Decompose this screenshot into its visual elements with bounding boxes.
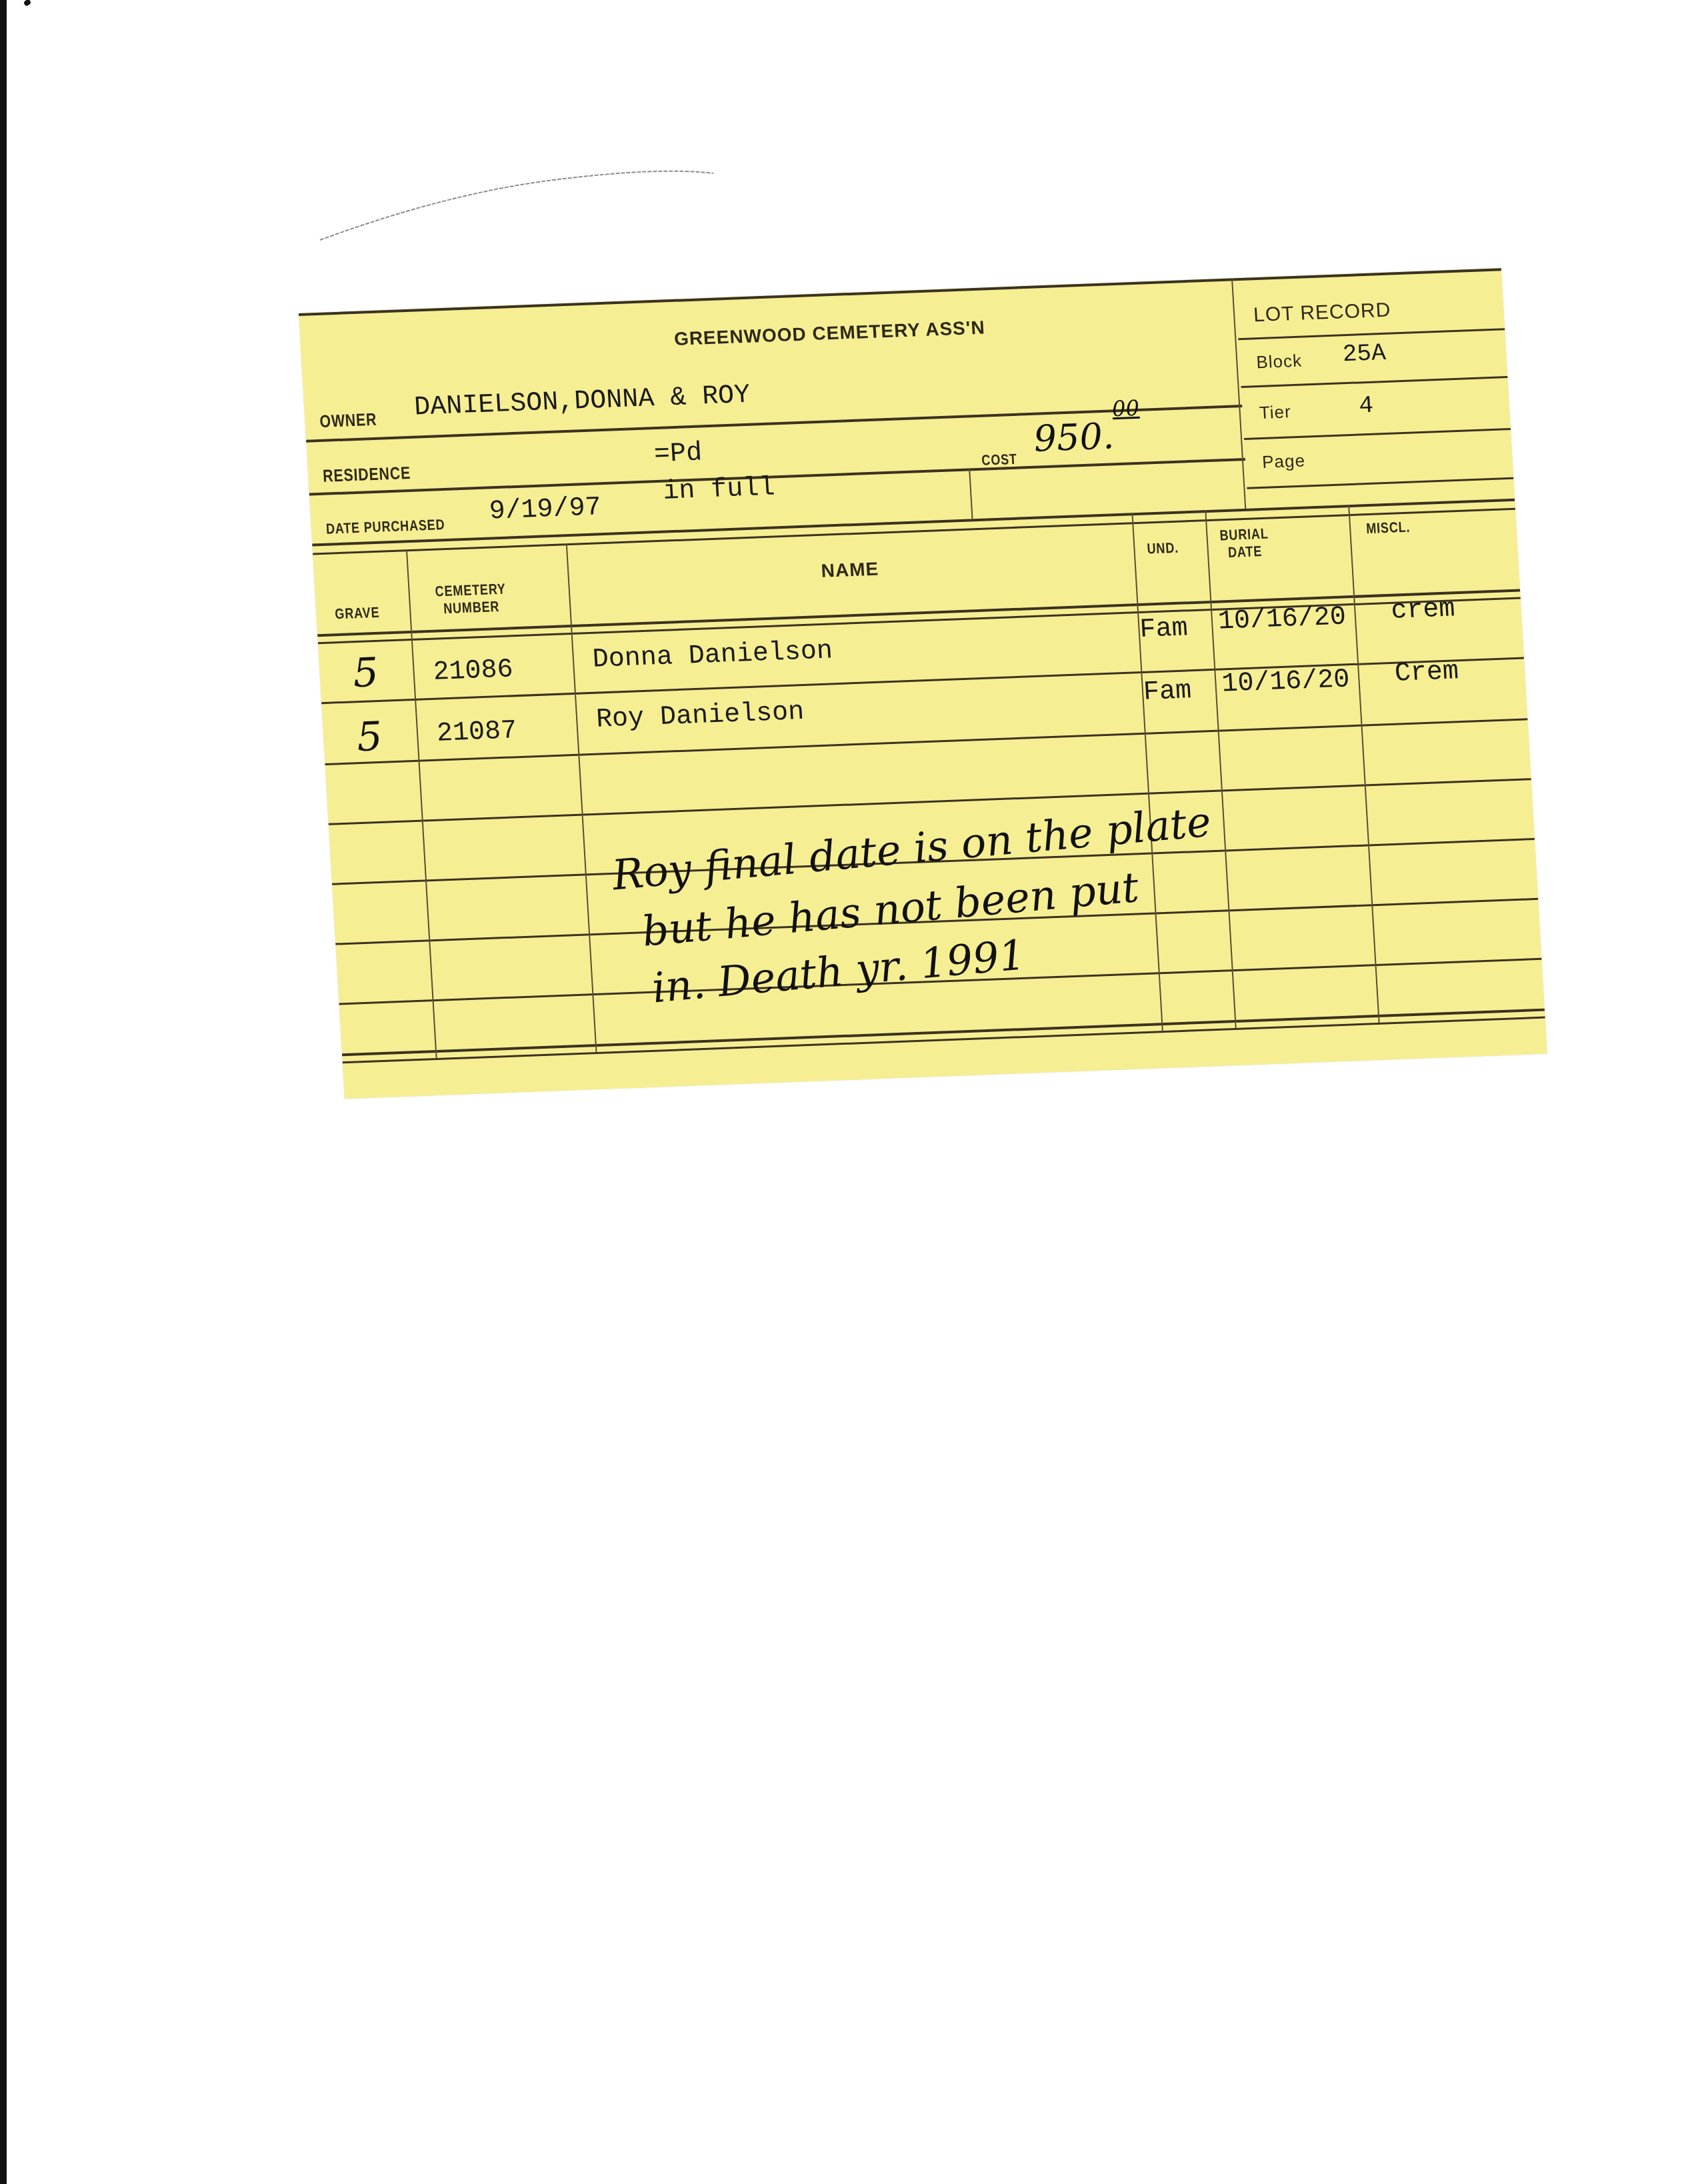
col-header-name: NAME (821, 559, 879, 582)
residence-label: RESIDENCE (322, 463, 411, 487)
col-header-grave: GRAVE (335, 604, 380, 623)
page-label: Page (1261, 451, 1306, 473)
cemetery-col-divider (566, 543, 597, 1052)
col-header-und: UND. (1147, 539, 1179, 558)
table-bottom-rule (342, 1009, 1545, 1057)
col-header-cemetery-number: CEMETERY NUMBER (435, 581, 507, 618)
row-grave: 5 (355, 713, 383, 761)
grave-col-divider (406, 549, 437, 1058)
row-miscl: Crem (1394, 657, 1460, 689)
block-label: Block (1256, 351, 1303, 373)
owner-label: OWNER (319, 409, 378, 432)
tier-rule (1244, 428, 1511, 440)
row-cemetery-number: 21087 (436, 716, 518, 749)
scanner-edge (0, 0, 7, 2184)
paid-note-line2: in full (662, 473, 776, 507)
col-header-burial-line1: BURIAL (1219, 525, 1269, 545)
residence-rule (309, 458, 1245, 496)
date-purchased-value: 9/19/97 (489, 493, 603, 527)
row-und: Fam (1143, 676, 1193, 708)
cost-label: COST (981, 451, 1018, 469)
row-burial-date: 10/16/20 (1217, 602, 1347, 637)
owner-value: DANIELSON,DONNA & ROY (413, 381, 751, 423)
row-burial-date: 10/16/20 (1221, 665, 1351, 699)
row-name: Donna Danielson (592, 636, 833, 675)
tier-value: 4 (1358, 392, 1374, 420)
row-und: Fam (1139, 613, 1189, 645)
tier-label: Tier (1259, 401, 1292, 423)
burial-col-divider (1348, 505, 1379, 1023)
block-rule (1241, 376, 1507, 388)
cost-divider (969, 468, 973, 519)
cemetery-title: GREENWOOD CEMETERY ASS'N (673, 317, 985, 349)
stray-pencil-curve (313, 167, 713, 247)
und-col-divider (1205, 510, 1236, 1028)
row-miscl: crem (1390, 594, 1456, 627)
scan-mark (23, 0, 32, 7)
lot-record-card: GREENWOOD CEMETERY ASS'N LOT RECORD Bloc… (299, 268, 1547, 1099)
lot-record-rule (1238, 328, 1505, 340)
col-header-burial-line2: DATE (1220, 543, 1270, 562)
paid-note: =Pd (653, 438, 703, 470)
block-value: 25A (1342, 339, 1387, 368)
col-header-burial-date: BURIAL DATE (1219, 525, 1270, 562)
name-col-divider (1131, 513, 1163, 1031)
col-header-miscl: MISCL. (1366, 519, 1411, 537)
table-bottom-rule-double (343, 1017, 1545, 1064)
col-header-cemetery-line2: NUMBER (435, 598, 507, 618)
cost-value: 950. (1033, 415, 1115, 459)
cost-cents: 00 (1111, 395, 1140, 421)
row-grave: 5 (352, 649, 380, 697)
lot-record-divider (1231, 278, 1246, 509)
lot-record-label: LOT RECORD (1253, 299, 1391, 327)
col-header-cemetery-line1: CEMETERY (435, 581, 507, 601)
page-rule (1247, 477, 1513, 489)
row-cemetery-number: 21086 (433, 655, 515, 687)
date-purchased-label: DATE PURCHASED (325, 516, 445, 538)
row-name: Roy Danielson (595, 697, 805, 735)
row-rule (329, 778, 1531, 825)
